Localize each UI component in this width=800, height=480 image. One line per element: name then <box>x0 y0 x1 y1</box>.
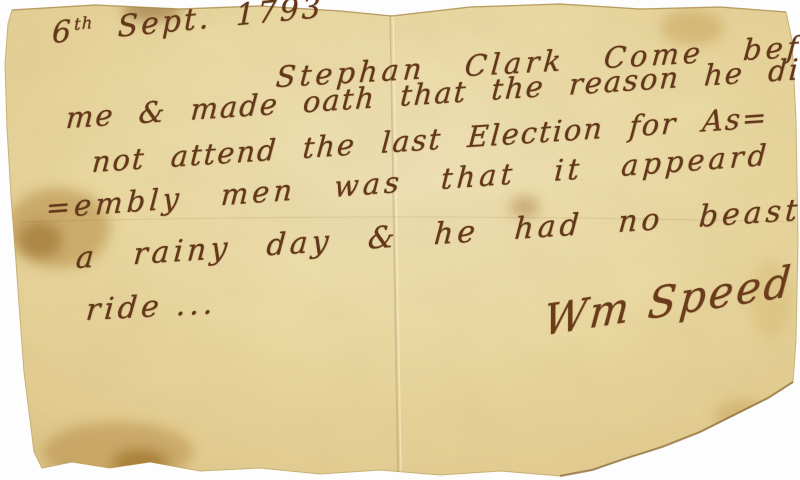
manuscript-line-6: ride ... <box>84 286 218 328</box>
stain-left-edge-core <box>18 222 62 258</box>
photo-of-manuscript: 6th Sept. 1793 Stephan Clark Come before… <box>0 0 800 480</box>
stain-bottom-left-core <box>112 449 168 477</box>
date-ordinal: th <box>74 13 93 34</box>
date-day: 6 <box>52 14 74 51</box>
stain-bottom-left <box>43 422 193 480</box>
stain-bottom-right <box>714 400 770 432</box>
